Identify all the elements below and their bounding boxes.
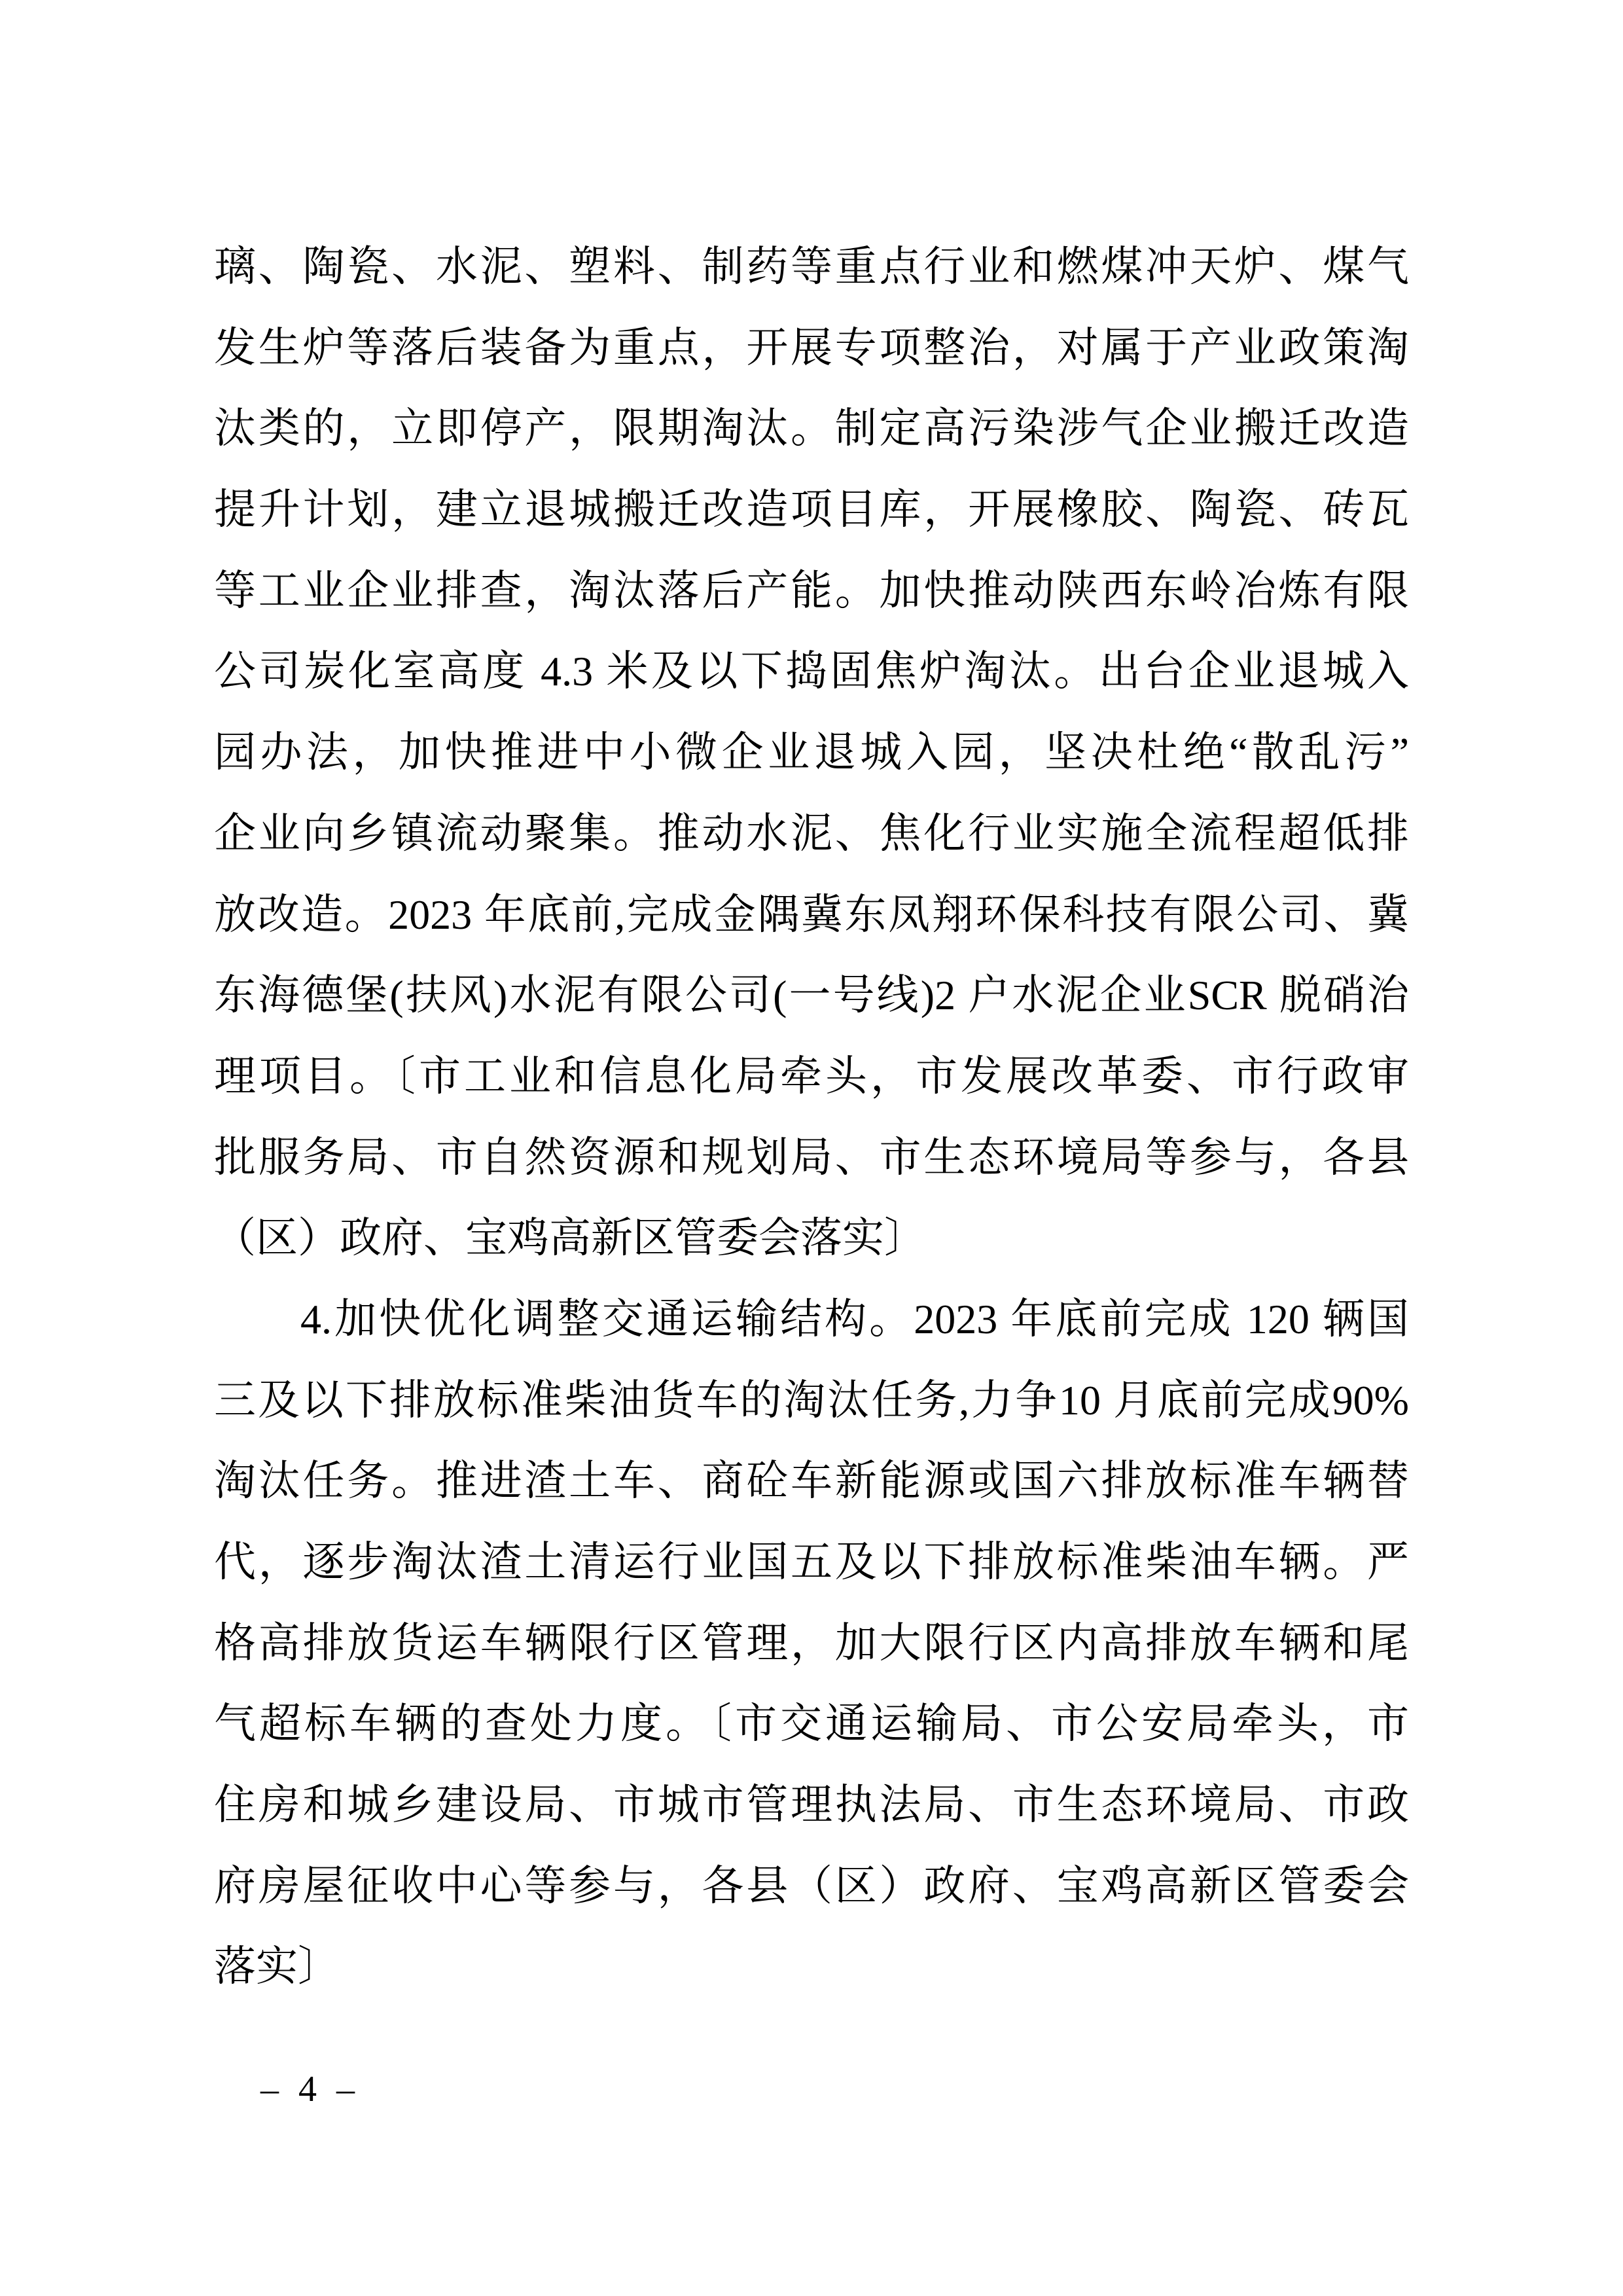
text-line: 气超标车辆的查处力度。〔市交通运输局、市公安局牵头，市 — [214, 1683, 1409, 1765]
text-line: 等工业企业排查，淘汰落后产能。加快推动陕西东岭冶炼有限 — [214, 550, 1409, 632]
text-line: 批服务局、市自然资源和规划局、市生态环境局等参与，各县 — [214, 1117, 1409, 1198]
text-line: 淘汰任务。推进渣土车、商砼车新能源或国六排放标准车辆替 — [214, 1441, 1409, 1522]
text-line: 理项目。〔市工业和信息化局牵头，市发展改革委、市行政审 — [214, 1036, 1409, 1117]
text-line: 格高排放货运车辆限行区管理，加大限行区内高排放车辆和尾 — [214, 1603, 1409, 1684]
text-line: 住房和城乡建设局、市城市管理执法局、市生态环境局、市政 — [214, 1765, 1409, 1846]
text-line: 三及以下排放标准柴油货车的淘汰任务,力争10 月底前完成90% — [214, 1360, 1409, 1441]
text-line: 园办法，加快推进中小微企业退城入园，坚决杜绝“散乱污” — [214, 712, 1409, 793]
page-number: – 4 – — [260, 2066, 360, 2113]
text-line: 璃、陶瓷、水泥、塑料、制药等重点行业和燃煤冲天炉、煤气 — [214, 226, 1409, 308]
text-line: 发生炉等落后装备为重点，开展专项整治，对属于产业政策淘 — [214, 308, 1409, 389]
text-line: 府房屋征收中心等参与，各县（区）政府、宝鸡高新区管委会 — [214, 1846, 1409, 1927]
text-line: 提升计划，建立退城搬迁改造项目库，开展橡胶、陶瓷、砖瓦 — [214, 469, 1409, 550]
text-line: 放改造。2023 年底前,完成金隅冀东凤翔环保科技有限公司、冀 — [214, 874, 1409, 956]
text-line: 汰类的，立即停产，限期淘汰。制定高污染涉气企业搬迁改造 — [214, 388, 1409, 469]
text-line: 落实〕 — [214, 1926, 1409, 2007]
text-line: （区）政府、宝鸡高新区管委会落实〕 — [214, 1198, 1409, 1279]
text-line: 公司炭化室高度 4.3 米及以下捣固焦炉淘汰。出台企业退城入 — [214, 631, 1409, 712]
document-body: 璃、陶瓷、水泥、塑料、制药等重点行业和燃煤冲天炉、煤气发生炉等落后装备为重点，开… — [214, 226, 1409, 2007]
text-line: 4.加快优化调整交通运输结构。2023 年底前完成 120 辆国 — [214, 1279, 1409, 1360]
text-line: 代，逐步淘汰渣土清运行业国五及以下排放标准柴油车辆。严 — [214, 1522, 1409, 1603]
text-line: 企业向乡镇流动聚集。推动水泥、焦化行业实施全流程超低排 — [214, 793, 1409, 874]
document-page: 璃、陶瓷、水泥、塑料、制药等重点行业和燃煤冲天炉、煤气发生炉等落后装备为重点，开… — [0, 0, 1623, 2296]
text-line: 东海德堡(扶风)水泥有限公司(一号线)2 户水泥企业SCR 脱硝治 — [214, 955, 1409, 1036]
